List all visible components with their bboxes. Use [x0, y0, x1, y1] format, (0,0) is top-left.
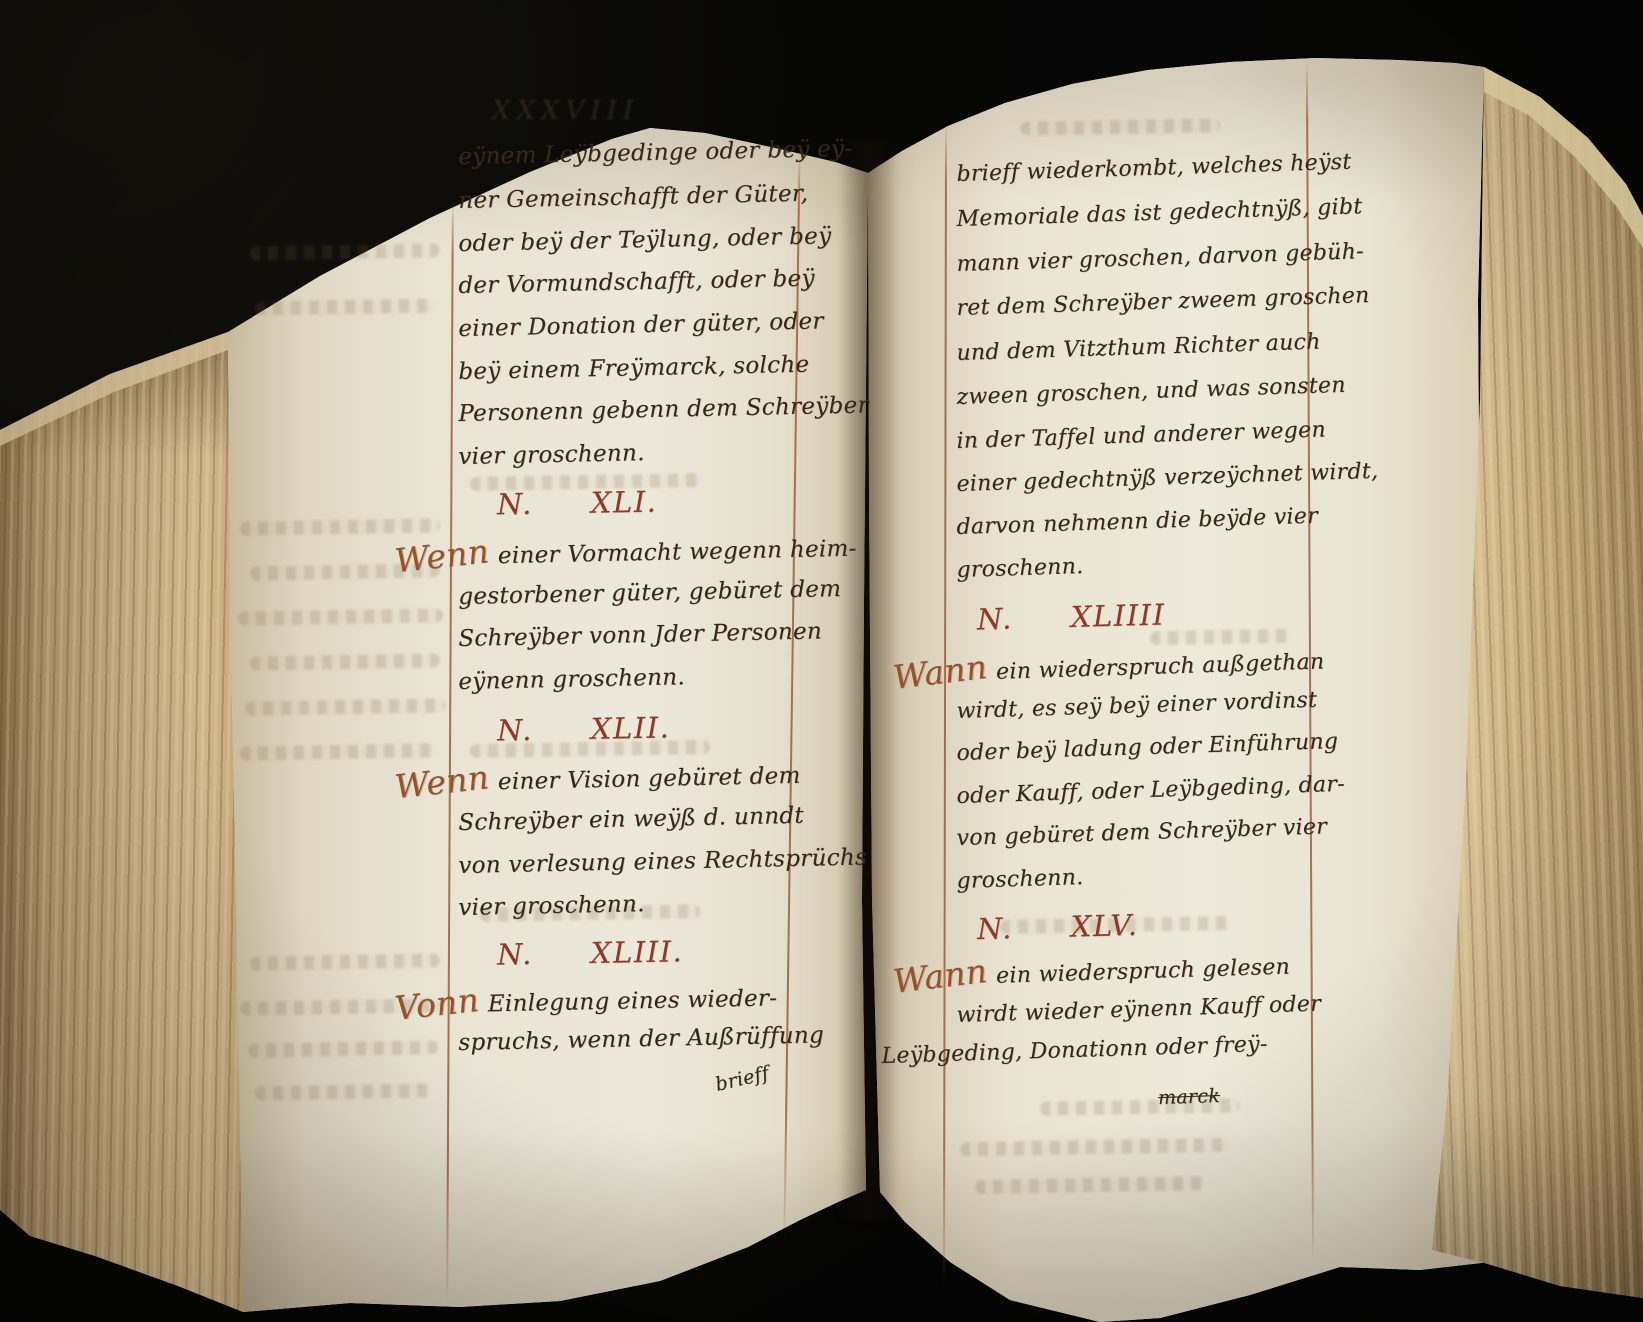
manuscript-line: Schreÿber ein weÿß d. unndt: [458, 799, 804, 840]
manuscript-line: vier groschenn.: [458, 436, 645, 474]
paragraph-initial-word: Wenn: [393, 534, 491, 578]
line-text: einer Vision gebüret dem: [498, 763, 801, 795]
heading-letter: N.: [977, 602, 1014, 637]
heading-numeral: XLIII.: [590, 934, 683, 970]
section-heading-xli: N.XLI.: [497, 485, 658, 522]
heading-letter: N.: [497, 937, 533, 972]
manuscript-line: Wenneiner Vision gebüret dem: [458, 755, 801, 800]
heading-numeral: XLV.: [1070, 908, 1138, 944]
paragraph-initial-word: Wann: [891, 650, 989, 695]
heading-numeral: XLIIII: [1070, 598, 1166, 634]
section-heading-xlii: N.XLII.: [497, 710, 671, 747]
heading-letter: N.: [497, 487, 533, 522]
heading-letter: N.: [977, 911, 1014, 946]
section-heading-xlv: N.XLV.: [977, 908, 1139, 946]
line-text: Einlegung eines wieder-: [488, 985, 778, 1017]
section-heading-xliii: N.XLIII.: [497, 934, 684, 971]
line-text: ein wiederspruch gelesen: [996, 955, 1291, 989]
open-book-photo: XXXVIII eÿnem Leÿbgedinge oder beÿ eÿ- n…: [0, 0, 1643, 1322]
manuscript-line: eÿnenn groschenn.: [458, 660, 685, 699]
heading-letter: N.: [497, 713, 533, 748]
manuscript-line: groschenn.: [956, 550, 1084, 588]
section-heading-xliiii: N.XLIIII: [977, 598, 1166, 637]
catchword-right-page: marck: [1157, 1079, 1220, 1115]
line-text: ein wiederspruch außgethan: [996, 649, 1325, 684]
line-text: einer Vormacht wegenn heim-: [498, 536, 857, 570]
paragraph-initial-word: Vonn: [393, 983, 481, 1026]
manuscript-line: VonnEinlegung eines wieder-: [458, 977, 778, 1022]
heading-numeral: XLI.: [590, 485, 657, 520]
manuscript-line: groschenn.: [956, 861, 1084, 899]
bleed-through-folio-numeral: XXXVIII: [492, 96, 639, 126]
paragraph-initial-word: Wann: [891, 954, 989, 999]
paragraph-initial-word: Wenn: [393, 760, 491, 804]
manuscript-line: vier groschenn.: [458, 887, 645, 925]
heading-numeral: XLII.: [590, 710, 670, 745]
